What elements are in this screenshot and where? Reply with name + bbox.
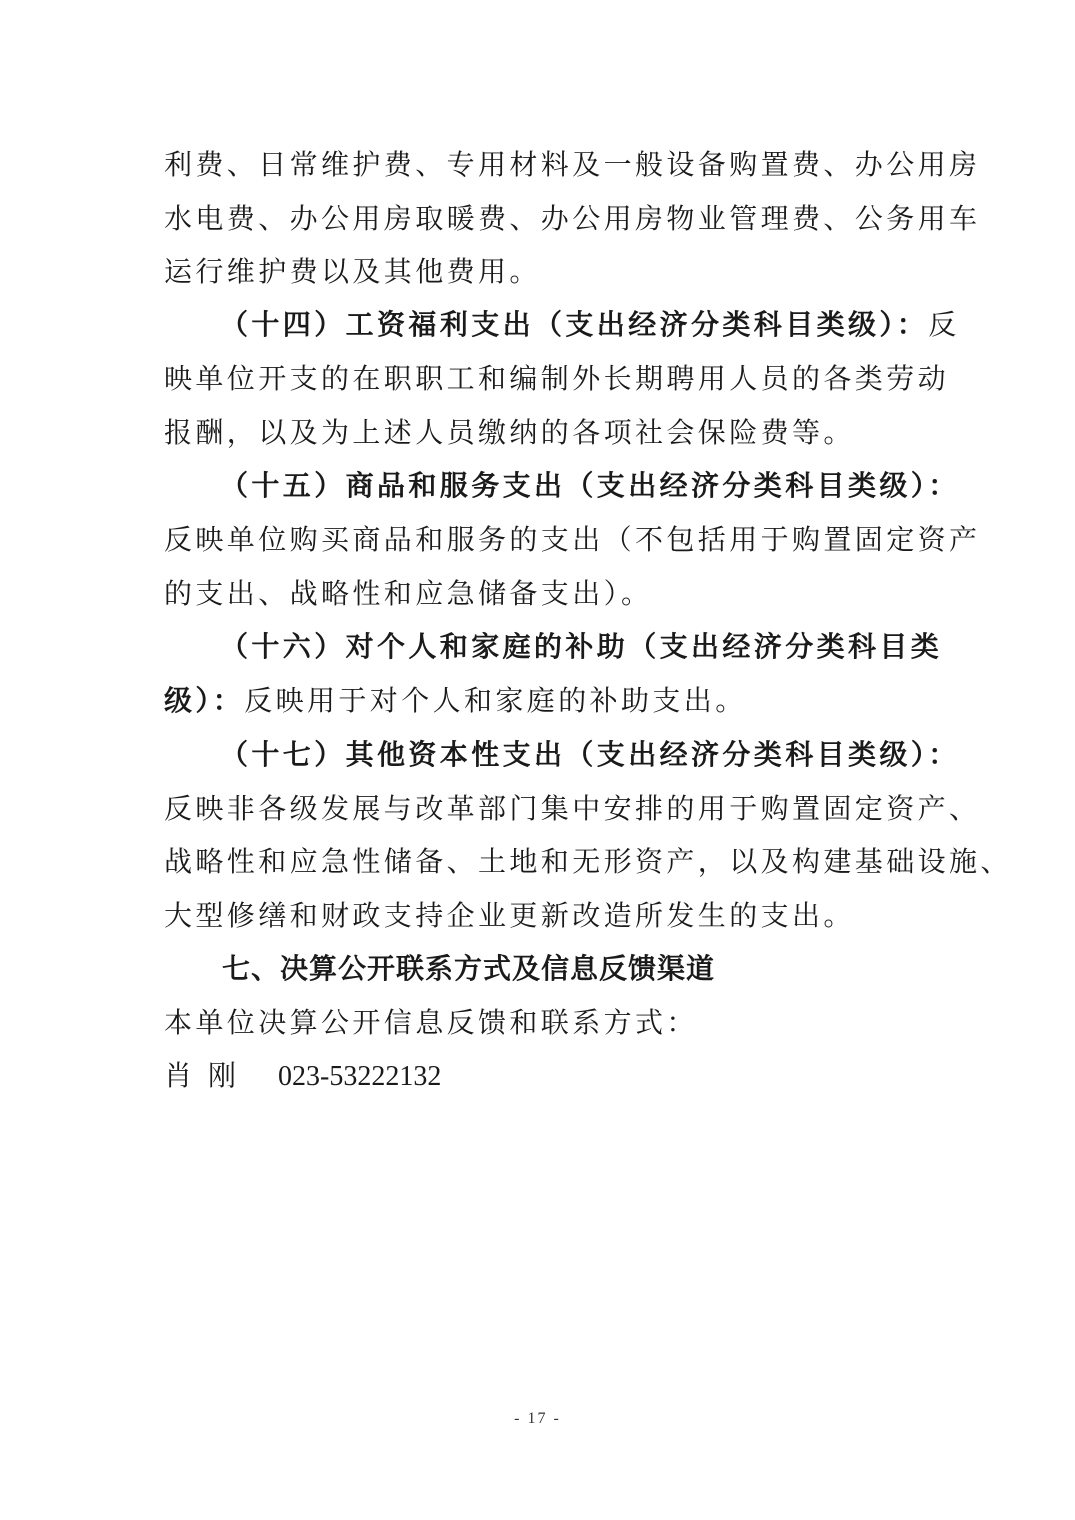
section-17-title: （十七）其他资本性支出（支出经济分类科目类级）：: [220, 738, 960, 771]
section-16-text: 反映用于对个人和家庭的补助支出。: [244, 684, 746, 717]
section-16-title-line: （十六）对个人和家庭的补助（支出经济分类科目类: [220, 627, 980, 667]
paragraph-line: 运行维护费以及其他费用。: [164, 252, 924, 292]
section-16-title: （十六）对个人和家庭的补助（支出经济分类科目类: [220, 630, 942, 663]
section-14-title-line: （十四）工资福利支出（支出经济分类科目类级）：反: [220, 305, 980, 345]
paragraph-line: 的支出、战略性和应急储备支出）。: [164, 574, 924, 614]
section-17-title-line: （十七）其他资本性支出（支出经济分类科目类级）：: [220, 735, 980, 775]
chapter-heading: 七、决算公开联系方式及信息反馈渠道: [222, 949, 715, 989]
paragraph-line: 战略性和应急性储备、土地和无形资产，以及构建基础设施、: [164, 842, 924, 882]
contact-intro: 本单位决算公开信息反馈和联系方式：: [164, 1003, 924, 1043]
paragraph-line: 报酬，以及为上述人员缴纳的各项社会保险费等。: [164, 413, 924, 453]
paragraph-line: 大型修缮和财政支持企业更新改造所发生的支出。: [164, 896, 924, 936]
page-number: - 17 -: [0, 1410, 1075, 1428]
section-16-title-end: 级）：: [164, 684, 244, 717]
section-15-title-line: （十五）商品和服务支出（支出经济分类科目类级）：: [220, 466, 980, 506]
paragraph-line: 反映单位购买商品和服务的支出（不包括用于购置固定资产: [164, 520, 924, 560]
contact-phone: 023-53222132: [278, 1057, 441, 1097]
paragraph-line: 反映非各级发展与改革部门集中安排的用于购置固定资产、: [164, 789, 924, 829]
contact-line: 肖刚023-53222132: [164, 1056, 924, 1096]
paragraph-line: 利费、日常维护费、专用材料及一般设备购置费、办公用房: [164, 145, 924, 185]
section-16-title-line-2: 级）：反映用于对个人和家庭的补助支出。: [164, 681, 924, 721]
contact-name: 肖刚: [164, 1056, 252, 1096]
section-15-title: （十五）商品和服务支出（支出经济分类科目类级）：: [220, 469, 960, 502]
section-14-title-rest: 反: [928, 308, 959, 341]
document-page: 利费、日常维护费、专用材料及一般设备购置费、办公用房 水电费、办公用房取暖费、办…: [0, 0, 1075, 1520]
paragraph-line: 水电费、办公用房取暖费、办公用房物业管理费、公务用车: [164, 199, 924, 239]
paragraph-line: 映单位开支的在职职工和编制外长期聘用人员的各类劳动: [164, 359, 924, 399]
section-14-title: （十四）工资福利支出（支出经济分类科目类级）：: [220, 308, 928, 341]
